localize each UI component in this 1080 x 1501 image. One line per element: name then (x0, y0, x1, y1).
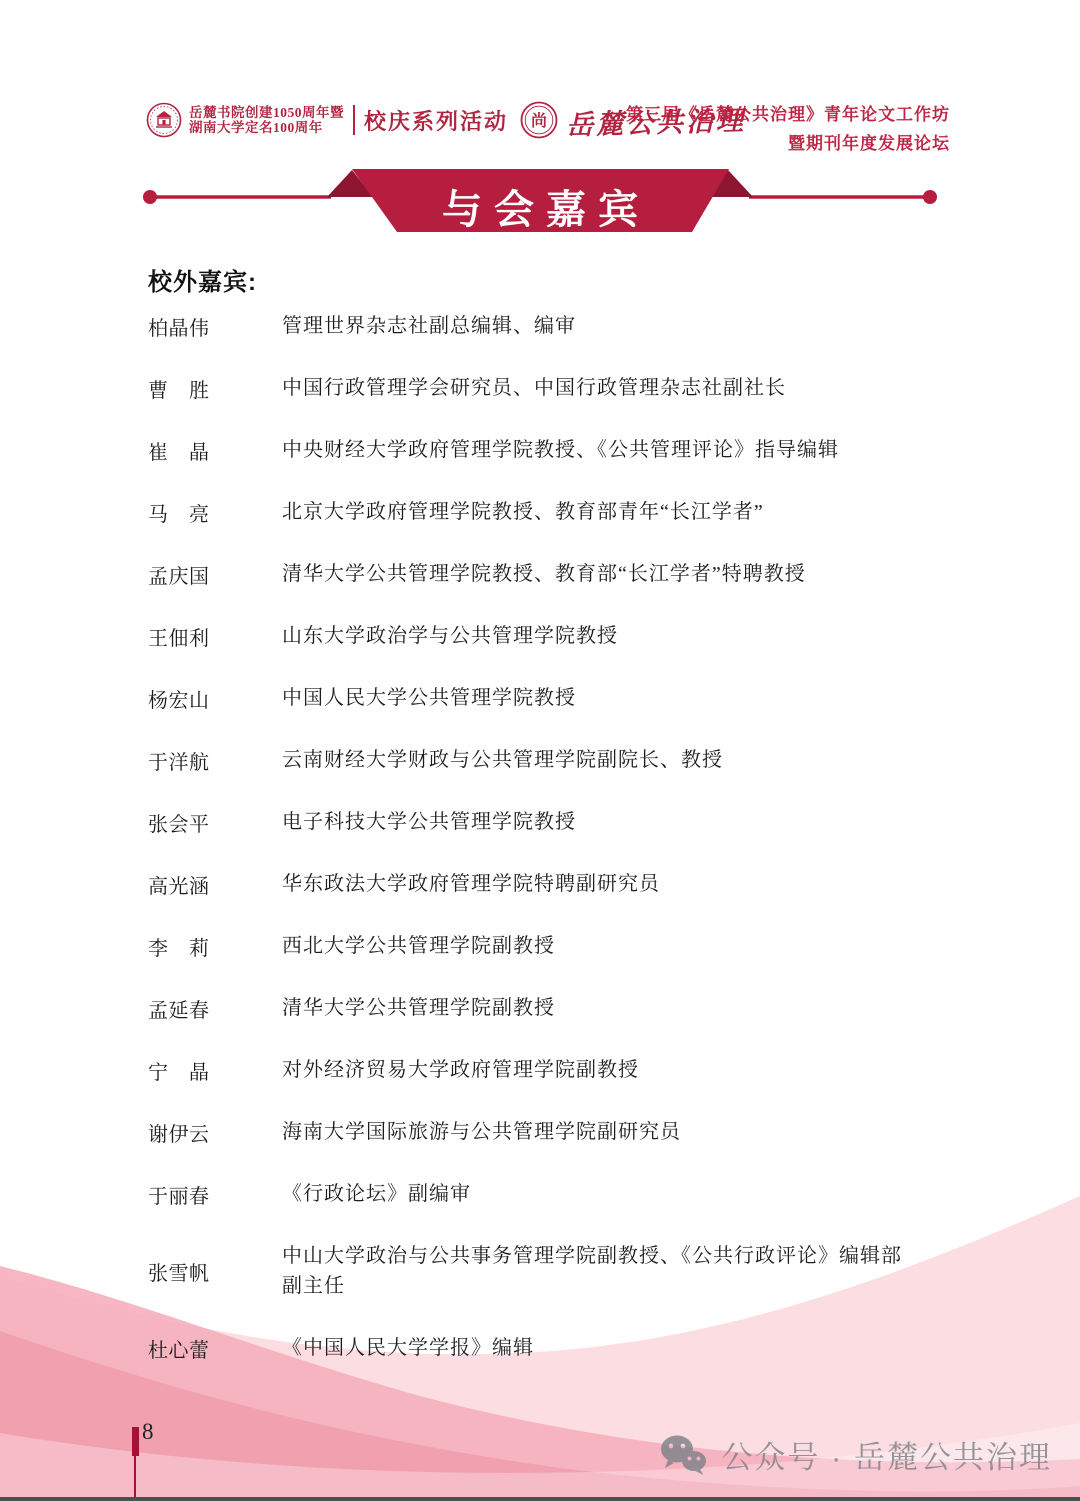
guest-description: 西北大学公共管理学院副教授 (282, 931, 555, 961)
guest-description: 中国行政管理学会研究员、中国行政管理杂志社副社长 (282, 373, 786, 403)
guest-row: 孟延春 清华大学公共管理学院副教授 (148, 993, 960, 1023)
guest-name: 柏晶伟 (148, 312, 282, 341)
guest-row: 张会平 电子科技大学公共管理学院教授 (148, 807, 960, 837)
guest-name: 宁 晶 (148, 1056, 282, 1085)
header-org-line1: 岳麓书院创建1050周年暨 (189, 105, 344, 120)
guest-row: 于洋航 云南财经大学财政与公共管理学院副院长、教授 (148, 745, 960, 775)
guest-name: 杨宏山 (148, 684, 282, 713)
guest-row: 于丽春 《行政论坛》副编审 (148, 1179, 960, 1209)
guest-row: 马 亮 北京大学政府管理学院教授、教育部青年“长江学者” (148, 497, 960, 527)
header-org-lines: 岳麓书院创建1050周年暨 湖南大学定名100周年 (189, 105, 344, 135)
shang-seal-icon: 尚 (520, 101, 558, 139)
guest-description: 《行政论坛》副编审 (282, 1179, 471, 1209)
guest-name: 高光涵 (148, 870, 282, 899)
guest-row: 曹 胜 中国行政管理学会研究员、中国行政管理杂志社副社长 (148, 373, 960, 403)
guest-name: 马 亮 (148, 498, 282, 527)
guest-row: 崔 晶 中央财经大学政府管理学院教授、《公共管理评论》指导编辑 (148, 435, 960, 465)
guest-description: 北京大学政府管理学院教授、教育部青年“长江学者” (282, 497, 764, 527)
guest-name: 杜心蕾 (148, 1334, 282, 1363)
guest-description: 管理世界杂志社副总编辑、编审 (282, 311, 576, 341)
guest-description: 中山大学政治与公共事务管理学院副教授、《公共行政评论》编辑部 副主任 (282, 1241, 902, 1301)
guest-row: 柏晶伟 管理世界杂志社副总编辑、编审 (148, 311, 960, 341)
guest-description: 清华大学公共管理学院副教授 (282, 993, 555, 1023)
guest-row: 杜心蕾 《中国人民大学学报》编辑 (148, 1333, 960, 1363)
guest-description: 云南财经大学财政与公共管理学院副院长、教授 (282, 745, 723, 775)
guest-description: 中国人民大学公共管理学院教授 (282, 683, 576, 713)
wechat-watermark: 公众号 · 岳麓公共治理 (659, 1432, 1052, 1477)
guest-name: 于洋航 (148, 746, 282, 775)
yuelu-academy-seal-icon (146, 102, 182, 138)
guest-description: 华东政法大学政府管理学院特聘副研究员 (282, 869, 660, 899)
header-right-line1: 第三届《岳麓公共治理》青年论文工作坊 (626, 100, 950, 129)
watermark-text: 公众号 · 岳麓公共治理 (721, 1432, 1052, 1477)
guest-row: 谢伊云 海南大学国际旅游与公共管理学院副研究员 (148, 1117, 960, 1147)
banner-title: 与会嘉宾 (0, 178, 1080, 235)
guest-row: 杨宏山 中国人民大学公共管理学院教授 (148, 683, 960, 713)
guest-description: 对外经济贸易大学政府管理学院副教授 (282, 1055, 639, 1085)
guest-description: 中央财经大学政府管理学院教授、《公共管理评论》指导编辑 (282, 435, 839, 465)
guest-description: 《中国人民大学学报》编辑 (282, 1333, 534, 1363)
header-right-line2: 暨期刊年度发展论坛 (626, 129, 950, 158)
guest-name: 孟庆国 (148, 560, 282, 589)
guest-name: 张雪帆 (148, 1257, 282, 1286)
guest-row: 王佃利 山东大学政治学与公共管理学院教授 (148, 621, 960, 651)
page-marker-line (134, 1427, 136, 1501)
guest-name: 曹 胜 (148, 374, 282, 403)
guest-description: 海南大学国际旅游与公共管理学院副研究员 (282, 1117, 681, 1147)
header-org-line2: 湖南大学定名100周年 (189, 120, 344, 135)
guest-description: 山东大学政治学与公共管理学院教授 (282, 621, 618, 651)
wechat-icon (659, 1434, 707, 1476)
guest-row: 张雪帆 中山大学政治与公共事务管理学院副教授、《公共行政评论》编辑部 副主任 (148, 1241, 960, 1301)
guest-name: 谢伊云 (148, 1118, 282, 1147)
guest-row: 高光涵 华东政法大学政府管理学院特聘副研究员 (148, 869, 960, 899)
guest-name: 张会平 (148, 808, 282, 837)
guest-name: 崔 晶 (148, 436, 282, 465)
guest-name: 于丽春 (148, 1180, 282, 1209)
guest-description: 清华大学公共管理学院教授、教育部“长江学者”特聘教授 (282, 559, 806, 589)
section-heading: 校外嘉宾: (148, 262, 257, 297)
guest-name: 王佃利 (148, 622, 282, 651)
guest-row: 孟庆国 清华大学公共管理学院教授、教育部“长江学者”特聘教授 (148, 559, 960, 589)
guest-name: 孟延春 (148, 994, 282, 1023)
bottom-edge-strip (0, 1497, 1080, 1501)
header-right: 第三届《岳麓公共治理》青年论文工作坊 暨期刊年度发展论坛 (626, 100, 950, 158)
shang-seal-char: 尚 (531, 112, 547, 130)
document-page: 岳麓书院创建1050周年暨 湖南大学定名100周年 校庆系列活动 尚 岳麓公共治… (0, 0, 1080, 1501)
section-banner: 与会嘉宾 (0, 166, 1080, 238)
guest-description: 电子科技大学公共管理学院教授 (282, 807, 576, 837)
header-divider (353, 105, 355, 135)
guest-name: 李 莉 (148, 932, 282, 961)
guest-row: 宁 晶 对外经济贸易大学政府管理学院副教授 (148, 1055, 960, 1085)
guest-row: 李 莉 西北大学公共管理学院副教授 (148, 931, 960, 961)
guest-list: 柏晶伟 管理世界杂志社副总编辑、编审 曹 胜 中国行政管理学会研究员、中国行政管… (148, 311, 960, 1395)
page-number: 8 (142, 1419, 154, 1445)
header-event-name: 校庆系列活动 (364, 105, 508, 136)
